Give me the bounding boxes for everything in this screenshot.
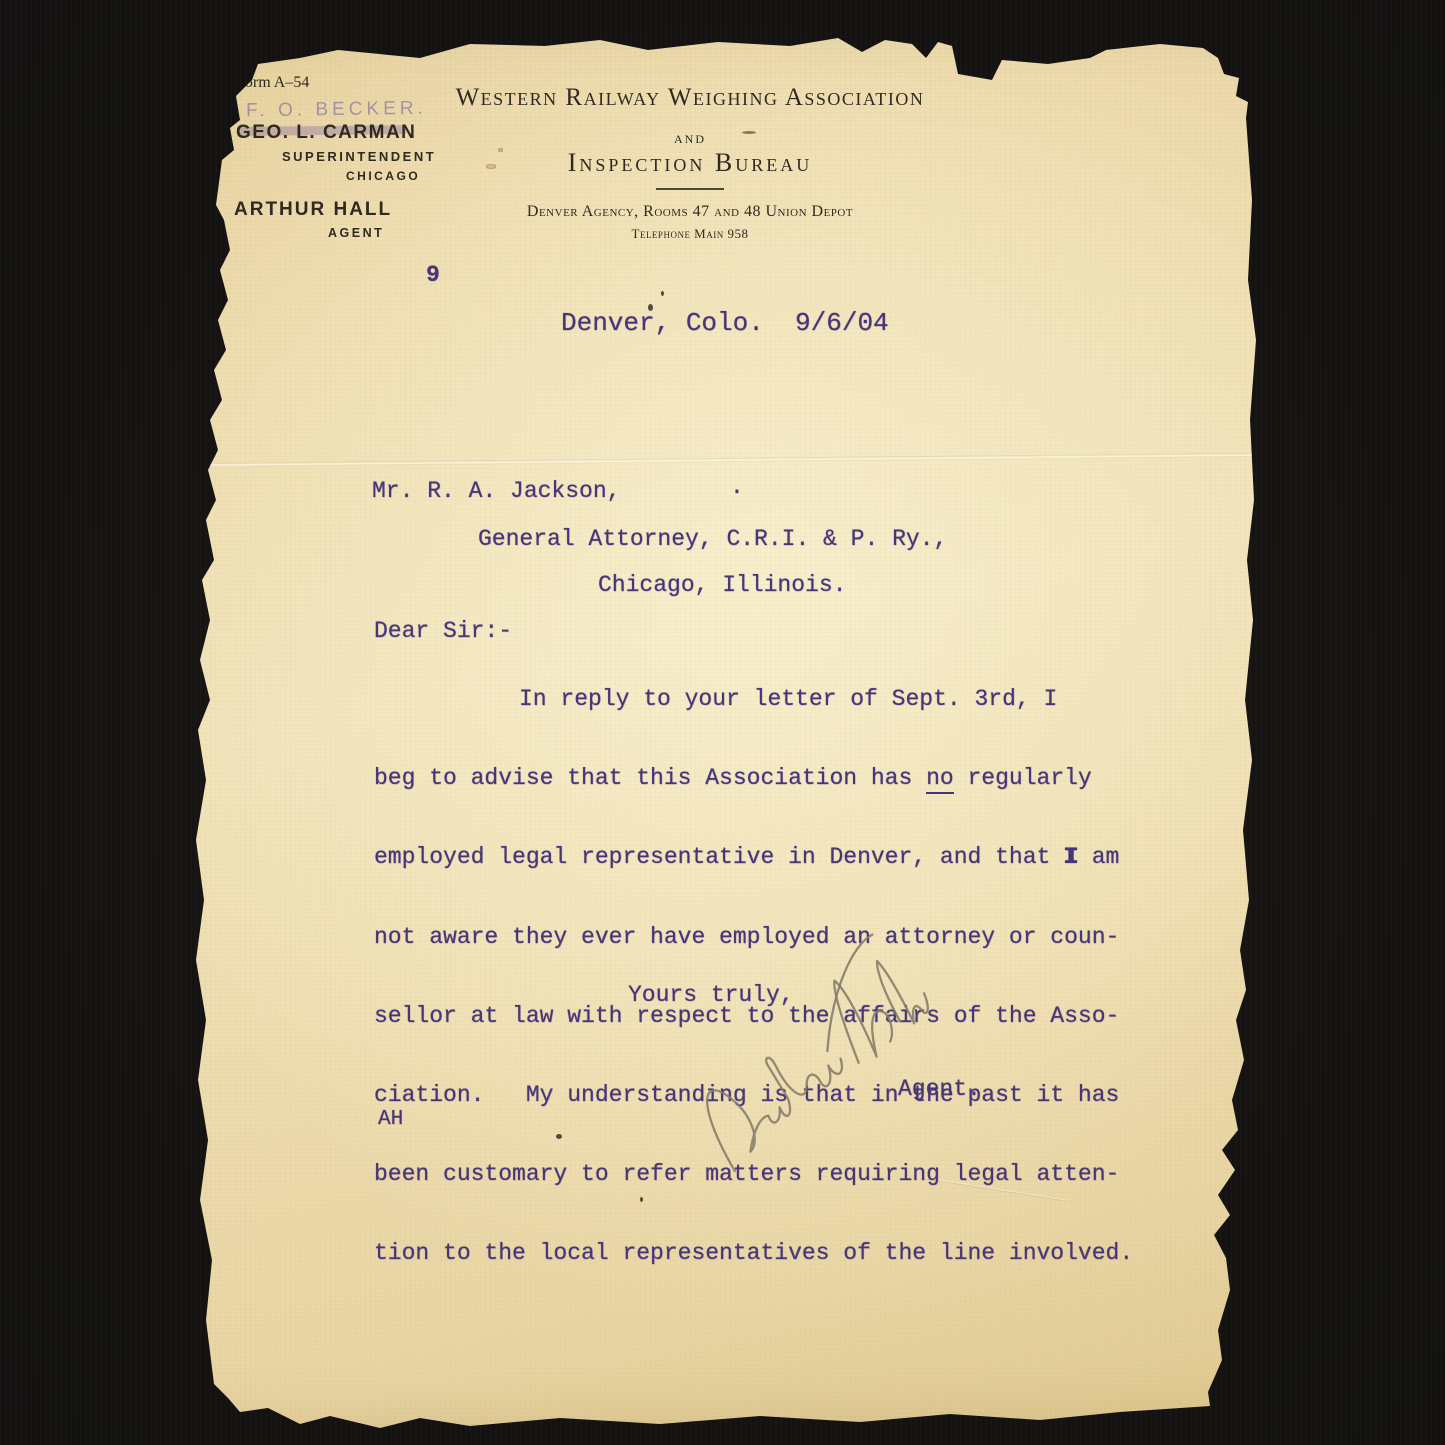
becker-stamp: F. O. BECKER. [246,98,427,123]
body-line2-post: regularly [954,765,1092,791]
dateline: Denver, Colo. 9/6/04 [561,308,889,338]
organization-bureau: Inspection Bureau [420,148,960,178]
officer-name-hall: ARTHUR HALL [234,199,392,221]
form-number: Form A–54 [236,74,309,92]
typist-initials: AH [378,1108,403,1131]
body-line: tion to the local representatives of the… [374,1240,1134,1283]
telephone-line: Telephone Main 958 [420,226,960,242]
body-line3-post: am [1078,844,1119,870]
organization-conjunction: and [420,132,960,147]
recipient-city: Chicago, Illinois. [598,572,846,598]
officer-name-carman: GEO. L. CARMAN [236,122,416,144]
officer-location-chicago: CHICAGO [346,169,420,183]
body-line: In reply to your letter of Sept. 3rd, I [374,686,1134,729]
body-line: beg to advise that this Association has … [374,765,1134,808]
page-number: 9 [426,262,440,288]
officer-title-agent: AGENT [328,226,384,240]
signer-title: Agent. [898,1076,981,1102]
overstruck-character: I [1064,844,1078,870]
fold-crease [0,451,1445,469]
officer-title-superintendent: SUPERINTENDENT [282,149,436,164]
body-line: not aware they ever have employed an att… [374,924,1134,967]
underlined-word-no: no [926,765,954,794]
salutation: Dear Sir:- [374,618,512,644]
letterhead-divider-rule [656,188,724,190]
body-line3-pre: employed legal representative in Denver,… [374,844,1064,870]
body-line: employed legal representative in Denver,… [374,844,1134,887]
recipient-title: General Attorney, C.R.I. & P. Ry., [478,526,947,552]
organization-name: Western Railway Weighing Association [420,84,960,112]
recipient-name: Mr. R. A. Jackson, [372,478,620,504]
agency-address-line: Denver Agency, Rooms 47 and 48 Union Dep… [420,203,960,221]
letter-paper: Form A–54 F. O. BECKER. GEO. L. CARMAN S… [0,0,1445,1445]
scan-background: Form A–54 F. O. BECKER. GEO. L. CARMAN S… [0,0,1445,1445]
stray-period-mark: . [730,474,744,500]
body-line2-pre: beg to advise that this Association has [374,765,926,791]
paper-speck [661,291,664,296]
